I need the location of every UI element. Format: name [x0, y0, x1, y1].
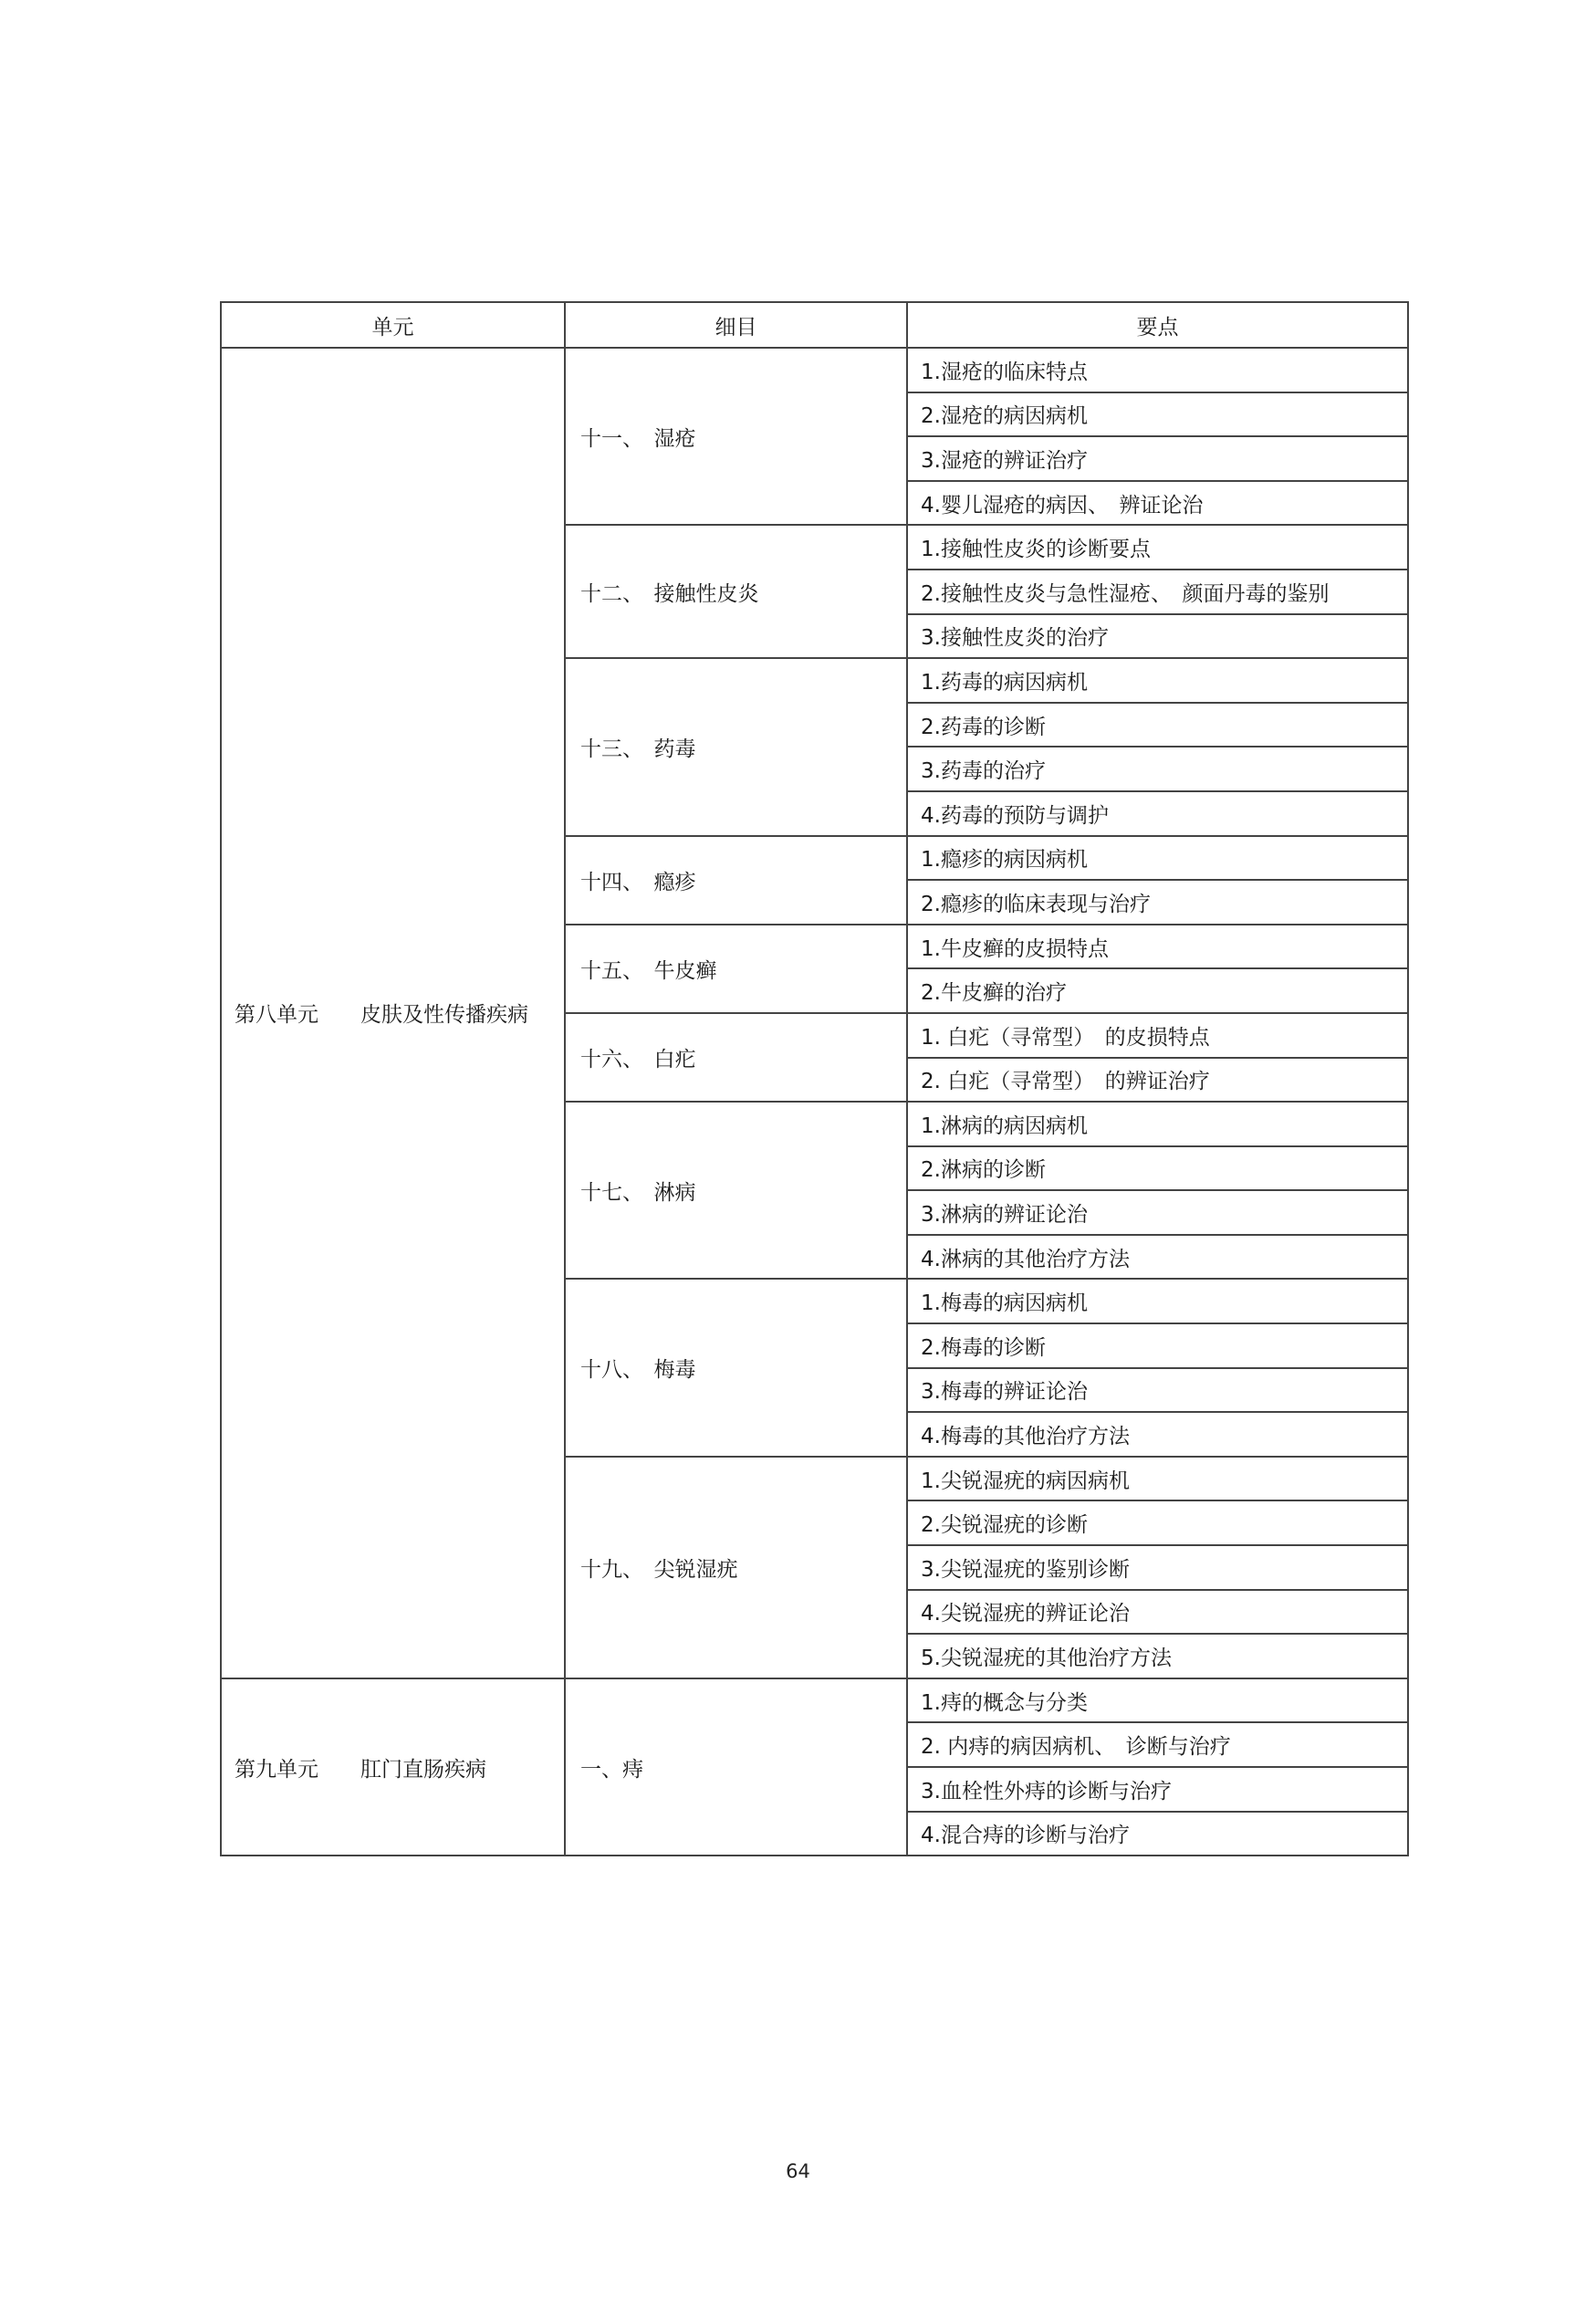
- point-cell: 1.接触性皮炎的诊断要点: [907, 525, 1408, 570]
- point-cell: 2.瘾疹的临床表现与治疗: [907, 880, 1408, 925]
- point-cell: 4.混合痔的诊断与治疗: [907, 1812, 1408, 1856]
- point-cell: 3.尖锐湿疣的鉴别诊断: [907, 1545, 1408, 1590]
- item-cell: 十七、 淋病: [565, 1102, 907, 1279]
- item-cell: 十二、 接触性皮炎: [565, 525, 907, 658]
- point-cell: 3.梅毒的辨证论治: [907, 1368, 1408, 1413]
- header-unit: 单元: [221, 302, 565, 348]
- point-cell: 4.淋病的其他治疗方法: [907, 1235, 1408, 1280]
- header-points: 要点: [907, 302, 1408, 348]
- unit-cell: 第八单元 皮肤及性传播疾病: [221, 348, 565, 1678]
- table-row: 第八单元 皮肤及性传播疾病十一、 湿疮1.湿疮的临床特点: [221, 348, 1408, 392]
- item-cell: 十八、 梅毒: [565, 1279, 907, 1456]
- point-cell: 1.梅毒的病因病机: [907, 1279, 1408, 1323]
- page-number: 64: [0, 2160, 1596, 2182]
- item-cell: 十六、 白疕: [565, 1013, 907, 1102]
- point-cell: 3.药毒的治疗: [907, 747, 1408, 791]
- point-cell: 4.婴儿湿疮的病因、 辨证论治: [907, 481, 1408, 526]
- point-cell: 1.瘾疹的病因病机: [907, 836, 1408, 881]
- header-item: 细目: [565, 302, 907, 348]
- point-cell: 2.牛皮癣的治疗: [907, 968, 1408, 1013]
- point-cell: 1.湿疮的临床特点: [907, 348, 1408, 392]
- table-header-row: 单元 细目 要点: [221, 302, 1408, 348]
- point-cell: 3.接触性皮炎的治疗: [907, 614, 1408, 659]
- point-cell: 1.药毒的病因病机: [907, 658, 1408, 703]
- point-cell: 2.湿疮的病因病机: [907, 392, 1408, 437]
- point-cell: 2. 内痔的病因病机、 诊断与治疗: [907, 1722, 1408, 1767]
- item-cell: 十九、 尖锐湿疣: [565, 1457, 907, 1678]
- table-row: 第九单元 肛门直肠疾病一、痔1.痔的概念与分类: [221, 1678, 1408, 1723]
- syllabus-table: 单元 细目 要点 第八单元 皮肤及性传播疾病十一、 湿疮1.湿疮的临床特点2.湿…: [220, 301, 1409, 1856]
- point-cell: 1. 白疕（寻常型） 的皮损特点: [907, 1013, 1408, 1058]
- point-cell: 2.接触性皮炎与急性湿疮、 颜面丹毒的鉴别: [907, 570, 1408, 614]
- point-cell: 1.痔的概念与分类: [907, 1678, 1408, 1723]
- point-cell: 2.药毒的诊断: [907, 703, 1408, 747]
- point-cell: 3.血栓性外痔的诊断与治疗: [907, 1767, 1408, 1812]
- point-cell: 2.梅毒的诊断: [907, 1323, 1408, 1368]
- item-cell: 十一、 湿疮: [565, 348, 907, 525]
- point-cell: 3.湿疮的辨证治疗: [907, 436, 1408, 481]
- item-cell: 十三、 药毒: [565, 658, 907, 835]
- point-cell: 4.尖锐湿疣的辨证论治: [907, 1590, 1408, 1635]
- point-cell: 1.淋病的病因病机: [907, 1102, 1408, 1146]
- point-cell: 1.尖锐湿疣的病因病机: [907, 1457, 1408, 1501]
- table-body: 第八单元 皮肤及性传播疾病十一、 湿疮1.湿疮的临床特点2.湿疮的病因病机3.湿…: [221, 348, 1408, 1856]
- point-cell: 3.淋病的辨证论治: [907, 1190, 1408, 1235]
- point-cell: 1.牛皮癣的皮损特点: [907, 925, 1408, 969]
- item-cell: 一、痔: [565, 1678, 907, 1856]
- point-cell: 4.药毒的预防与调护: [907, 791, 1408, 836]
- unit-cell: 第九单元 肛门直肠疾病: [221, 1678, 565, 1856]
- point-cell: 2. 白疕（寻常型） 的辨证治疗: [907, 1058, 1408, 1103]
- point-cell: 2.尖锐湿疣的诊断: [907, 1500, 1408, 1545]
- point-cell: 4.梅毒的其他治疗方法: [907, 1412, 1408, 1457]
- item-cell: 十四、 瘾疹: [565, 836, 907, 925]
- point-cell: 5.尖锐湿疣的其他治疗方法: [907, 1634, 1408, 1678]
- item-cell: 十五、 牛皮癣: [565, 925, 907, 1013]
- point-cell: 2.淋病的诊断: [907, 1146, 1408, 1191]
